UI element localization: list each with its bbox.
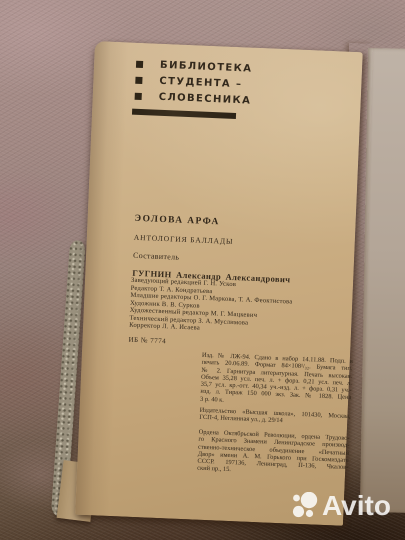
avito-logo-icon: [291, 492, 318, 521]
series-rule-bar: [132, 109, 236, 119]
watermark-brand-text: Avito: [322, 490, 391, 522]
book-photo-scene: БИБЛИОТЕКА СТУДЕНТА – СЛОВЕСНИКА ЭОЛОВА …: [0, 0, 405, 540]
series-badge: БИБЛИОТЕКА СТУДЕНТА – СЛОВЕСНИКА: [134, 56, 253, 120]
series-line: БИБЛИОТЕКА: [160, 59, 253, 74]
square-bullet-icon: [136, 60, 143, 67]
printer-block: Ордена Октябрьской Революции, ордена Тру…: [197, 429, 350, 479]
editorial-credits: Заведующий редакцией Г. Н. Усков Редакто…: [129, 277, 293, 336]
compiler-label: Составитель: [133, 251, 292, 267]
publisher-block: Издательство «Высшая школа», 101430, Мос…: [199, 407, 350, 428]
series-line: СТУДЕНТА –: [159, 75, 242, 89]
title-block: ЭОЛОВА АРФА АНТОЛОГИЯ БАЛЛАДЫ Составител…: [132, 214, 293, 285]
book-subtitle: АНТОЛОГИЯ БАЛЛАДЫ: [134, 233, 293, 249]
square-bullet-icon: [135, 76, 142, 83]
avito-watermark: Avito: [291, 490, 391, 522]
book-title: ЭОЛОВА АРФА: [134, 214, 293, 231]
print-specs-block: Изд. № ЛЖ-94. Сдано в набор 14.11.88. По…: [200, 352, 353, 409]
series-line: СЛОВЕСНИКА: [158, 91, 251, 106]
ib-number: ИБ № 7774: [128, 336, 166, 346]
square-bullet-icon: [135, 92, 142, 99]
imprint-page: БИБЛИОТЕКА СТУДЕНТА – СЛОВЕСНИКА ЭОЛОВА …: [75, 41, 363, 526]
